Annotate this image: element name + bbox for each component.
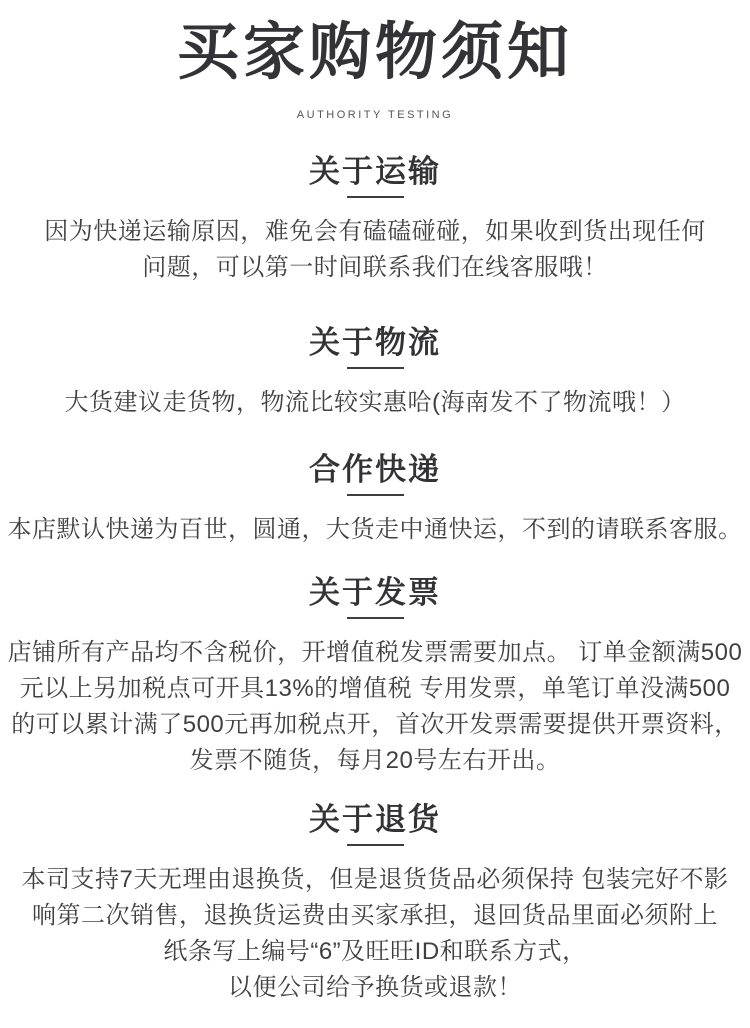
section-divider: [347, 617, 404, 619]
buyer-notice-page: 买家购物须知 AUTHORITY TESTING 关于运输 因为快递运输原因，难…: [0, 0, 750, 1028]
section-shipping-heading: 关于运输: [0, 153, 750, 191]
section-returns-body: 本司支持7天无理由退换货，但是退货货品必须保持 包装完好不影 响第二次销售，退换…: [0, 862, 750, 1006]
section-logistics-heading: 关于物流: [0, 324, 750, 362]
section-partner-express: 合作快递 本店默认快递为百世，圆通，大货走中通快运，不到的请联系客服。: [0, 451, 750, 548]
section-returns: 关于退货 本司支持7天无理由退换货，但是退货货品必须保持 包装完好不影 响第二次…: [0, 801, 750, 1006]
section-partner-express-heading: 合作快递: [0, 451, 750, 489]
section-divider: [347, 844, 404, 846]
section-logistics-body: 大货建议走货物，物流比较实惠哈(海南发不了物流哦！）: [0, 385, 750, 421]
section-shipping: 关于运输 因为快递运输原因，难免会有磕磕碰碰，如果收到货出现任何 问题，可以第一…: [0, 153, 750, 286]
section-logistics: 关于物流 大货建议走货物，物流比较实惠哈(海南发不了物流哦！）: [0, 324, 750, 421]
section-divider: [347, 196, 404, 198]
section-divider: [347, 367, 404, 369]
section-partner-express-body: 本店默认快递为百世，圆通，大货走中通快运，不到的请联系客服。: [0, 512, 750, 548]
section-invoice-heading: 关于发票: [0, 574, 750, 612]
page-subtitle: AUTHORITY TESTING: [0, 108, 750, 123]
section-returns-heading: 关于退货: [0, 801, 750, 839]
section-divider: [347, 494, 404, 496]
section-shipping-body: 因为快递运输原因，难免会有磕磕碰碰，如果收到货出现任何 问题，可以第一时间联系我…: [0, 214, 750, 286]
section-invoice: 关于发票 店铺所有产品均不含税价，开增值税发票需要加点。 订单金额满500 元以…: [0, 574, 750, 779]
page-title: 买家购物须知: [0, 14, 750, 92]
section-invoice-body: 店铺所有产品均不含税价，开增值税发票需要加点。 订单金额满500 元以上另加税点…: [0, 635, 750, 779]
